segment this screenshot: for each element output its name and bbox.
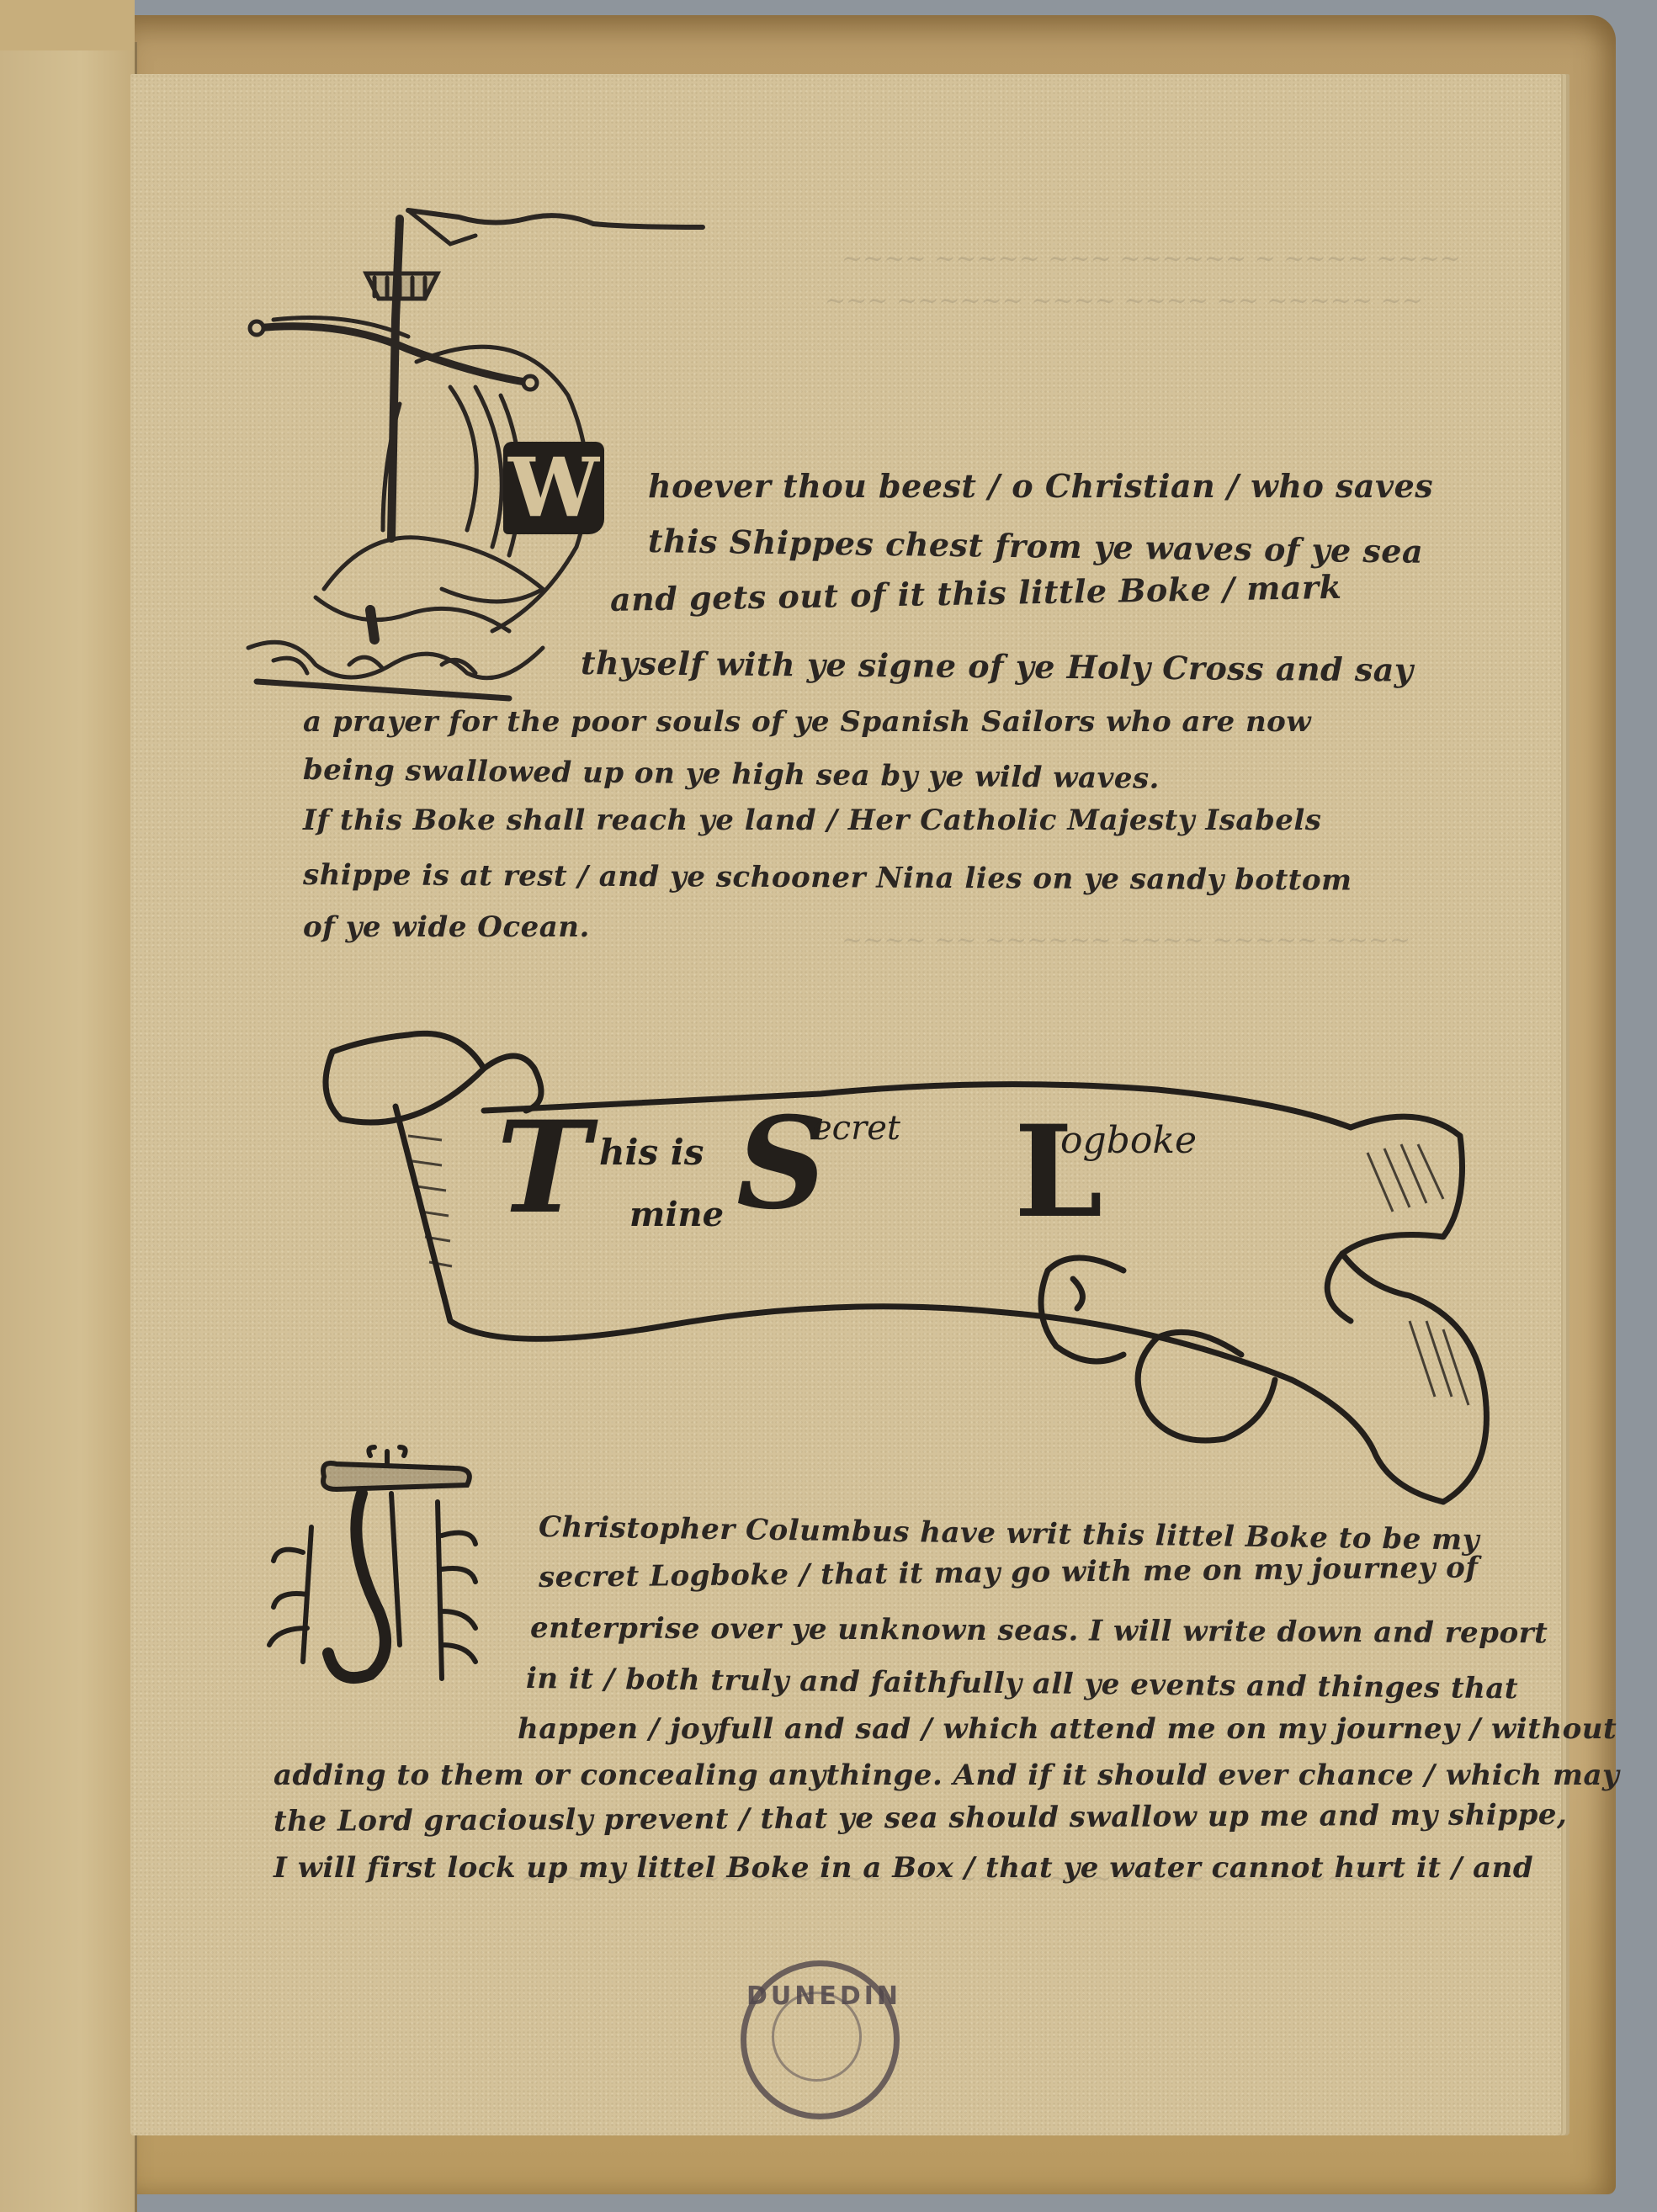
- opening-line: thyself with ye signe of ye Holy Cross a…: [581, 644, 1414, 689]
- body-line: adding to them or concealing anythinge. …: [274, 1758, 1619, 1792]
- opening-line: a prayer for the poor souls of ye Spanis…: [303, 705, 1311, 739]
- scroll-banner-icon: [316, 1018, 1494, 1506]
- banner-initial-t: T: [497, 1094, 591, 1242]
- drop-cap-w: W: [503, 442, 604, 534]
- floral-initial-i-icon: [252, 1443, 505, 1695]
- opening-line: hoever thou beest / o Christian / who sa…: [648, 467, 1433, 505]
- show-through-text: ~~~ ~~~~~~ ~~~~ ~~~~ ~~ ~~~~~ ~~: [825, 286, 1423, 316]
- library-stamp-icon: DUNEDIN: [741, 1960, 900, 2119]
- banner-ogboke: ogboke: [1060, 1119, 1197, 1162]
- opening-line: If this Boke shall reach ye land / Her C…: [303, 804, 1321, 837]
- opening-line: of ye wide Ocean.: [303, 910, 590, 944]
- banner-ecret: ecret: [812, 1109, 900, 1148]
- opening-line: shippe is at rest / and ye schooner Nina…: [303, 858, 1352, 898]
- stamp-text: DUNEDIN: [746, 1981, 894, 2011]
- banner-his-is: his is: [599, 1132, 704, 1173]
- show-through-text: ~~~~ ~~ ~~~~~~ ~~~~ ~~~~~ ~~~~: [842, 926, 1410, 955]
- body-line: I will first lock up my littel Boke in a…: [274, 1851, 1533, 1885]
- show-through-text: ~~~~ ~~~~~ ~~~ ~~~~~~ ~ ~~~~ ~~~~: [842, 244, 1461, 273]
- body-line: happen / joyfull and sad / which attend …: [518, 1712, 1617, 1746]
- facing-page-edge: [0, 42, 137, 2212]
- ship-illuminated-initial-icon: [240, 194, 711, 707]
- facing-page-top: [0, 0, 135, 50]
- banner-mine: mine: [629, 1195, 724, 1234]
- body-line: the Lord graciously prevent / that ye se…: [274, 1798, 1568, 1838]
- body-line: enterprise over ye unknown seas. I will …: [530, 1611, 1548, 1650]
